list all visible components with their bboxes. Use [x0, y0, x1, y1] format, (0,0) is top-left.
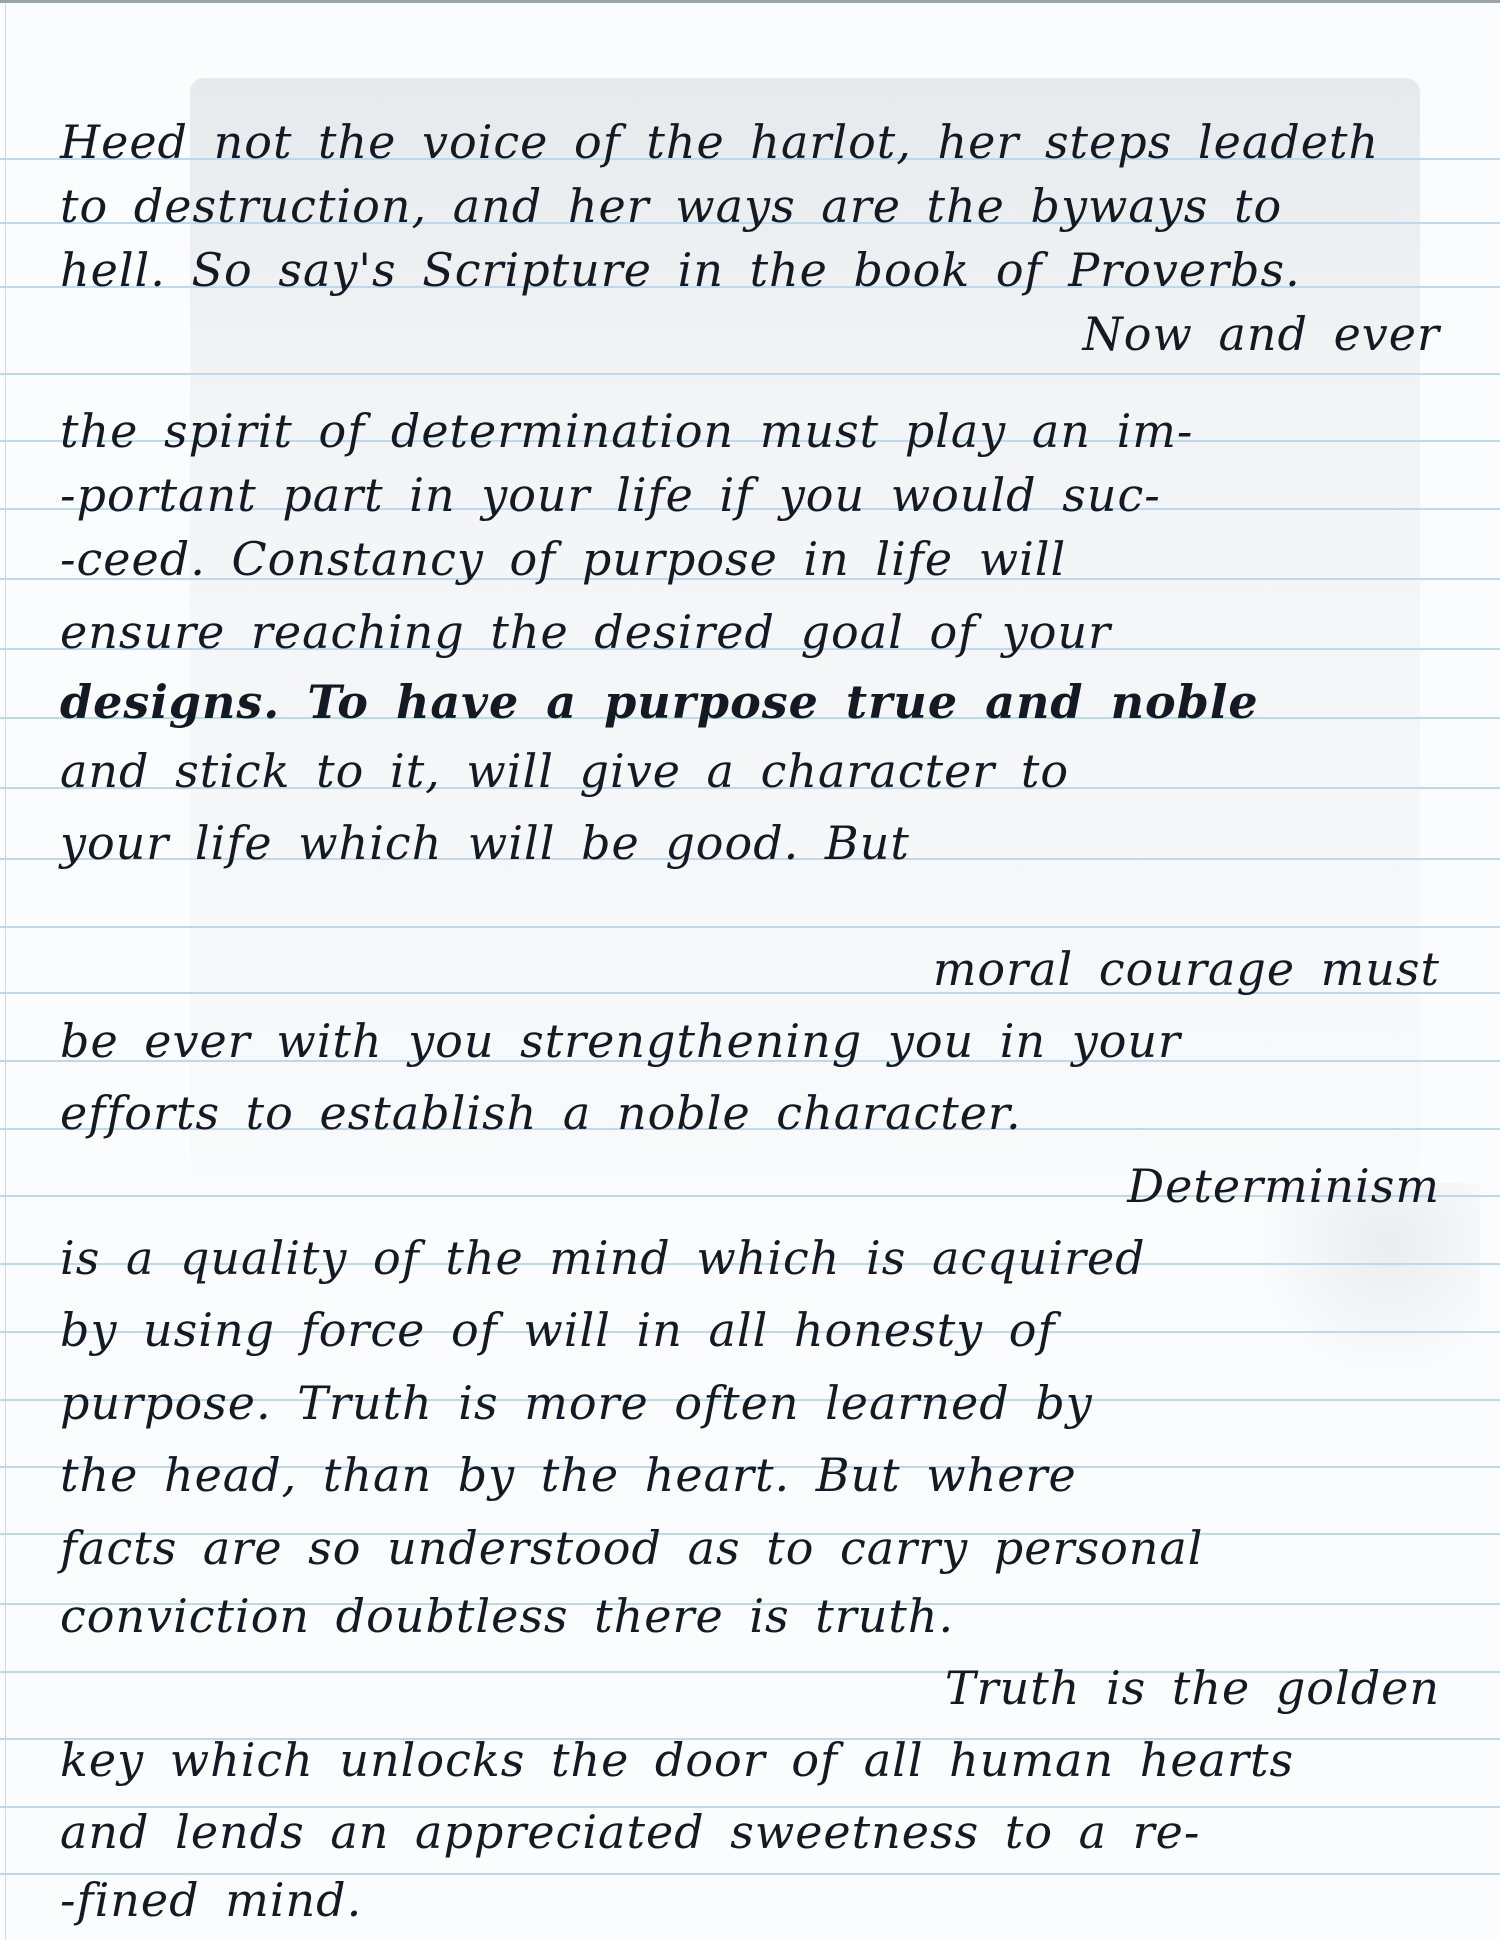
text-line: by using force of will in all honesty of [60, 1295, 1056, 1365]
ruled-line [0, 926, 1500, 928]
ruled-line [0, 373, 1500, 375]
text-line: Truth is the golden [945, 1653, 1440, 1723]
text-line: be ever with you strengthening you in yo… [60, 1006, 1181, 1076]
text-line: and lends an appreciated sweetness to a … [60, 1797, 1200, 1867]
text-line: the head, than by the heart. But where [60, 1440, 1077, 1510]
text-line: designs. To have a purpose true and nobl… [60, 667, 1259, 737]
text-line: Determinism [1127, 1151, 1440, 1221]
text-line: Now and ever [1083, 299, 1440, 369]
document-page: Heed not the voice of the harlot, her st… [0, 0, 1500, 1940]
text-line: your life which will be good. But [60, 808, 910, 878]
text-line: facts are so understood as to carry pers… [60, 1513, 1204, 1583]
text-line: moral courage must [933, 934, 1440, 1004]
text-line: -ceed. Constancy of purpose in life will [60, 524, 1066, 594]
text-line: -fined mind. [60, 1865, 362, 1935]
text-line: Heed not the voice of the harlot, her st… [60, 107, 1379, 177]
text-line: purpose. Truth is more often learned by [60, 1368, 1093, 1438]
text-line: hell. So say's Scripture in the book of … [60, 235, 1301, 305]
text-line: the spirit of determination must play an… [60, 396, 1193, 466]
text-line: ensure reaching the desired goal of your [60, 597, 1111, 667]
text-line: and stick to it, will give a character t… [60, 736, 1069, 806]
text-line: efforts to establish a noble character. [60, 1078, 1022, 1148]
text-line: -portant part in your life if you would … [60, 460, 1161, 530]
text-line: key which unlocks the door of all human … [60, 1725, 1294, 1795]
text-line: is a quality of the mind which is acquir… [60, 1223, 1146, 1293]
margin-line [5, 3, 6, 1940]
text-line: conviction doubtless there is truth. [60, 1581, 954, 1651]
text-line: to destruction, and her ways are the byw… [60, 171, 1282, 241]
